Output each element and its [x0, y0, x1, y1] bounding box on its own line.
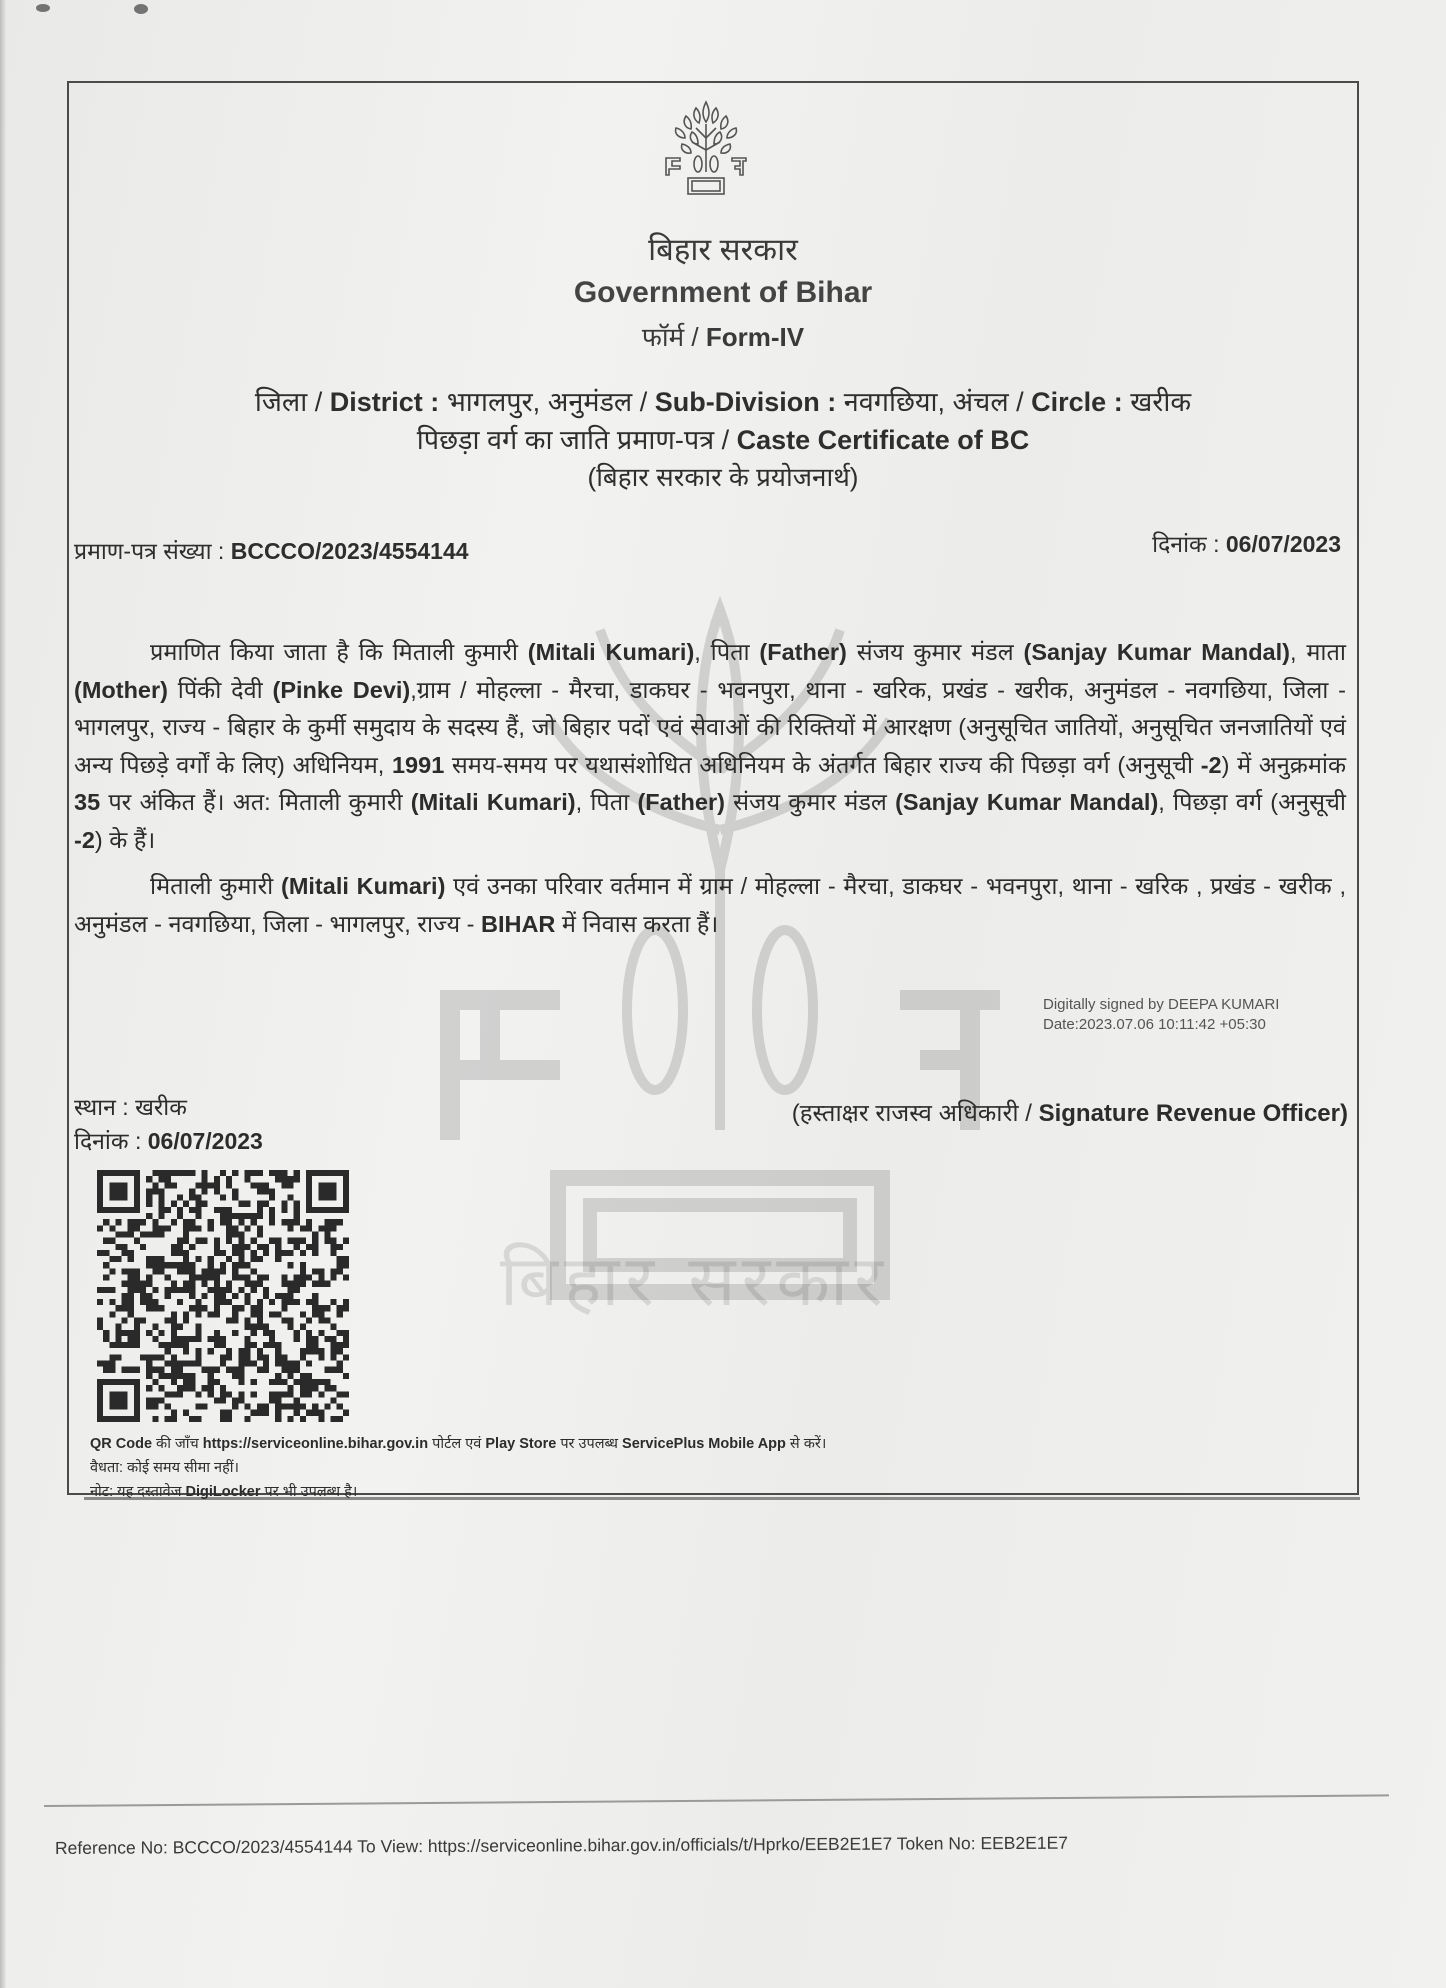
- verification-notes: QR Code की जाँच https://serviceonline.bi…: [90, 1432, 826, 1504]
- signature-label-hindi: (हस्ताक्षर राजस्व अधिकारी /: [792, 1100, 1032, 1127]
- qr-code-icon[interactable]: [96, 1170, 350, 1422]
- header-title-hindi: बिहार सरकार: [0, 228, 1446, 270]
- emphasized-text: (Sanjay Kumar Mandal): [1024, 639, 1290, 665]
- form-label: फॉर्म / Form-IV: [0, 318, 1446, 354]
- note-text: पर भी उपलब्ध है।: [260, 1484, 357, 1500]
- note-text: पर उपलब्ध: [556, 1436, 622, 1452]
- emphasized-text: (Mitali Kumari): [528, 639, 695, 665]
- note-app-name: ServicePlus Mobile App: [622, 1436, 786, 1452]
- digital-signature-signer: Digitally signed by DEEPA KUMARI: [1043, 995, 1279, 1015]
- body-text: समय-समय पर यथासंशोधित अधिनियम के अंतर्गत…: [444, 752, 1200, 778]
- note-text: की जाँच: [152, 1436, 203, 1452]
- circle-label-en: Circle :: [1031, 387, 1123, 417]
- certificate-number: प्रमाण-पत्र संख्या : BCCCO/2023/4554144: [74, 534, 469, 566]
- digital-signature: Digitally signed by DEEPA KUMARI Date:20…: [1043, 995, 1279, 1035]
- note-play-store: Play Store: [485, 1436, 556, 1452]
- emphasized-text: 35: [74, 789, 100, 815]
- emphasized-text: BIHAR: [481, 911, 555, 937]
- note-text: नोट: यह दस्तावेज: [90, 1484, 186, 1500]
- circle-label-hi: अंचल /: [953, 387, 1024, 417]
- body-text: संजय कुमार मंडल: [847, 639, 1024, 665]
- certificate-title-hindi: पिछड़ा वर्ग का जाति प्रमाण-पत्र /: [417, 425, 729, 455]
- residence-paragraph: मिताली कुमारी (Mitali Kumari) एवं उनका प…: [74, 868, 1346, 943]
- emphasized-text: (Sanjay Kumar Mandal): [895, 789, 1158, 815]
- jurisdiction-line: जिला / District : भागलपुर, अनुमंडल / Sub…: [0, 382, 1446, 419]
- district-value: भागलपुर,: [447, 387, 540, 417]
- scan-speck: [36, 4, 50, 12]
- digilocker-note: नोट: यह दस्तावेज DigiLocker पर भी उपलब्ध…: [90, 1480, 826, 1504]
- emphasized-text: (Mitali Kumari): [411, 789, 576, 815]
- subdivision-value: नवगछिया,: [844, 387, 945, 417]
- place-of-issue: स्थान : खरीक: [74, 1090, 187, 1122]
- note-text: से करें।: [786, 1436, 826, 1452]
- emphasized-text: 1991: [392, 752, 444, 778]
- certificate-number-value: BCCCO/2023/4554144: [231, 538, 469, 564]
- footer-divider: [44, 1794, 1389, 1807]
- circle-value: खरीक: [1130, 387, 1191, 417]
- header-title-english: Government of Bihar: [0, 276, 1446, 310]
- subdivision-label-hi: अनुमंडल /: [548, 387, 648, 417]
- qr-verification-note: QR Code की जाँच https://serviceonline.bi…: [90, 1432, 826, 1456]
- emphasized-text: (Father): [637, 789, 724, 815]
- subdivision-label-en: Sub-Division :: [655, 387, 837, 417]
- emphasized-text: -2: [1201, 752, 1222, 778]
- note-qr-code: QR Code: [90, 1436, 152, 1452]
- scan-speck: [134, 4, 148, 14]
- digital-signature-date: Date:2023.07.06 10:11:42 +05:30: [1043, 1015, 1279, 1035]
- footer-reference: Reference No: BCCCO/2023/4554144 To View…: [55, 1833, 1068, 1859]
- certificate-date: दिनांक : 06/07/2023: [1152, 527, 1341, 559]
- emphasized-text: (Father): [759, 639, 846, 665]
- district-label-hi: जिला /: [255, 387, 322, 417]
- form-label-english: Form-IV: [706, 322, 804, 352]
- verification-portal-link[interactable]: https://serviceonline.bihar.gov.in: [203, 1436, 428, 1452]
- place-date-value: 06/07/2023: [148, 1128, 263, 1154]
- body-text: पर अंकित हैं। अत: मिताली कुमारी: [100, 789, 411, 815]
- certificate-purpose: (बिहार सरकार के प्रयोजनार्थ): [0, 458, 1446, 494]
- validity-note: वैधता: कोई समय सीमा नहीं।: [90, 1456, 826, 1480]
- body-text: में निवास करता हैं।: [555, 911, 718, 937]
- note-digilocker: DigiLocker: [186, 1484, 261, 1500]
- certification-paragraph: प्रमाणित किया जाता है कि मिताली कुमारी (…: [74, 634, 1346, 859]
- emphasized-text: (Mother): [74, 677, 168, 703]
- signature-label: (हस्ताक्षर राजस्व अधिकारी / Signature Re…: [792, 1096, 1348, 1129]
- certificate-title: पिछड़ा वर्ग का जाति प्रमाण-पत्र / Caste …: [0, 420, 1446, 457]
- emphasized-text: -2: [74, 827, 95, 853]
- body-text: ) के हैं।: [95, 827, 155, 853]
- signature-label-english: Signature Revenue Officer): [1039, 1100, 1348, 1127]
- body-text: , पिछड़ा वर्ग (अनुसूची: [1158, 789, 1346, 815]
- body-text: संजय कुमार मंडल: [725, 789, 895, 815]
- body-text: , पिता: [576, 789, 638, 815]
- certificate-date-label: दिनांक :: [1152, 531, 1219, 557]
- certificate-title-english: Caste Certificate of BC: [737, 425, 1030, 455]
- emphasized-text: (Pinke Devi): [273, 677, 411, 703]
- emphasized-text: (Mitali Kumari): [281, 873, 445, 899]
- district-label-en: District :: [330, 387, 440, 417]
- body-text: , पिता: [694, 639, 759, 665]
- body-text: प्रमाणित किया जाता है कि मिताली कुमारी: [150, 639, 528, 665]
- certificate-number-label: प्रमाण-पत्र संख्या :: [74, 538, 224, 564]
- note-text: पोर्टल एवं: [428, 1436, 485, 1452]
- place-date: दिनांक : 06/07/2023: [74, 1124, 263, 1156]
- bihar-emblem-bodhi-tree-icon: [652, 98, 760, 198]
- body-text: , माता: [1290, 639, 1346, 665]
- body-text: पिंकी देवी: [168, 677, 273, 703]
- certificate-date-value: 06/07/2023: [1226, 531, 1341, 557]
- body-text: मिताली कुमारी: [150, 873, 281, 899]
- place-date-label: दिनांक :: [74, 1128, 141, 1154]
- form-label-hindi: फॉर्म /: [642, 322, 699, 352]
- body-text: ) में अनुक्रमांक: [1222, 752, 1346, 778]
